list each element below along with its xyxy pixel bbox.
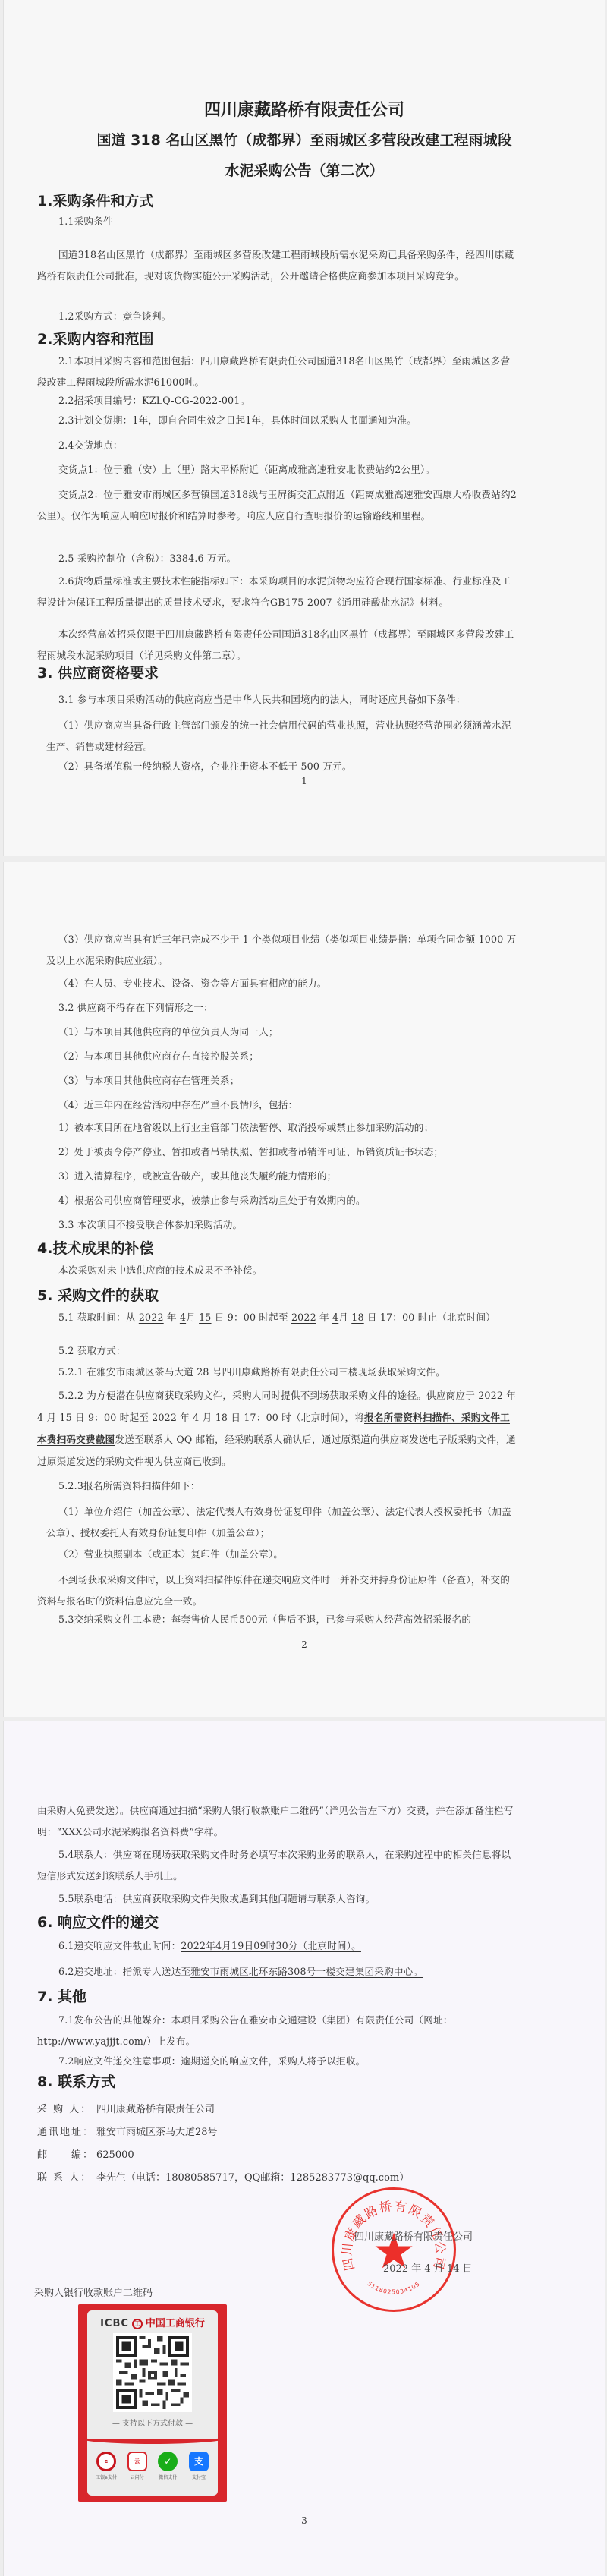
para-2-1: 2.1本项目采购内容和范围包括：四川康藏路桥有限责任公司国道318名山区黑竹（成… bbox=[37, 351, 517, 393]
para-5-2-1: 5.2.1 在雅安市雨城区茶马大道 28 号四川康藏路桥有限责任公司三楼现场获取… bbox=[58, 1362, 517, 1383]
alipay-icon: 支 bbox=[189, 2452, 209, 2471]
para-2-4: 2.4交货地点： bbox=[58, 435, 517, 456]
para-7-2: 7.2响应文件递交注意事项：逾期递交的响应文件，采购人将予以拒收。 bbox=[58, 2051, 517, 2072]
para-5-2-1-suffix: 现场获取采购文件。 bbox=[358, 1366, 445, 1378]
document-page-2: （3）供应商应当具有近三年已完成不少于 1 个类似项目业绩（类似项目业绩是指：单… bbox=[3, 862, 605, 1717]
para-5-3-part2: 由采购人免费发送）。供应商通过扫描“采购人银行收款账户二维码”（详见公告左下方）… bbox=[37, 1800, 517, 1843]
end-day: 18 bbox=[351, 1312, 363, 1323]
bad-record-3: 3）进入清算程序，或被宣告破产，或其他丧失履约能力情形的； bbox=[58, 1166, 517, 1187]
official-seal: 四川康藏路桥有限责任公司 5118025034105 ★ bbox=[332, 2187, 456, 2312]
payment-methods: e 工银e支付 云 云闪付 ✓ 微信支付 支 支付宝 bbox=[93, 2452, 212, 2480]
para-1-2: 1.2采购方式：竞争谈判。 bbox=[58, 306, 517, 327]
para-6-2: 6.2递交地址：指派专人送达至雅安市雨城区北环东路308号一楼交建集团采购中心。 bbox=[58, 1961, 517, 1982]
bank-header: ICBC工中国工商银行 bbox=[87, 2315, 218, 2329]
pay-method-icbc: e 工银e支付 bbox=[93, 2452, 119, 2480]
start-year: 2022 bbox=[139, 1312, 164, 1323]
notice-title: 水泥采购公告（第二次） bbox=[4, 159, 605, 180]
requirement-1: （1）供应商应当具备行政主管部门颁发的统一社会信用代码的营业执照，营业执照经营范… bbox=[46, 715, 517, 757]
acquire-time-suffix: 日 17：00 时止（北京时间） bbox=[364, 1312, 495, 1323]
unionpay-quickpass-icon: 云 bbox=[127, 2452, 147, 2471]
contact-label: 联 系 人： bbox=[37, 2169, 96, 2184]
delivery-point-2: 交货点2：位于雅安市雨城区多营镇国道318线与玉屏街交汇点附近（距离成雅高速雅安… bbox=[37, 484, 517, 527]
para-5-5: 5.5联系电话：供应商获取采购文件失败或遇到其他问题请与联系人咨询。 bbox=[58, 1888, 517, 1910]
para-1-1-label: 1.1采购条件 bbox=[58, 211, 517, 232]
address-value: 雅安市雨城区茶马大道28号 bbox=[96, 2127, 218, 2138]
decorative-curve bbox=[78, 2432, 227, 2444]
bad-record-1: 1）被本项目所在地省级以上行业主管部门依法暂停、取消投标或禁止参加采购活动的； bbox=[58, 1117, 517, 1138]
exclusion-3: （3）与本项目其他供应商存在管理关系； bbox=[46, 1070, 517, 1091]
section-5-heading: 5. 采购文件的获取 bbox=[37, 1284, 159, 1305]
contact-value: 李先生（电话：18080585717，QQ邮箱：1285283773@qq.co… bbox=[96, 2172, 409, 2184]
pay-method-label: 微信支付 bbox=[159, 2475, 177, 2480]
required-doc-1: （1）单位介绍信（加盖公章）、法定代表人有效身份证复印件（加盖公章）、法定代表人… bbox=[46, 1501, 517, 1544]
payment-methods-label: — 支持以下方式付款 — bbox=[87, 2417, 218, 2428]
contact-address: 通讯地址：雅安市雨城区茶马大道28号 bbox=[37, 2124, 218, 2138]
bank-name-en: ICBC bbox=[100, 2318, 129, 2329]
payment-qr-inner: ICBC工中国工商银行 — 支持以下方式付款 bbox=[87, 2310, 218, 2496]
svg-text:5118025034105: 5118025034105 bbox=[366, 2280, 422, 2295]
para-3-1: 3.1 参与本项目采购活动的供应商应当是中华人民共和国境内的法人，同时还应具备如… bbox=[58, 689, 517, 710]
company-title: 四川康藏路桥有限责任公司 bbox=[4, 97, 605, 121]
icbc-epay-icon: e bbox=[96, 2452, 116, 2471]
start-day: 15 bbox=[199, 1312, 211, 1323]
requirement-2: （2）具备增值税一般纳税人资格，企业注册资本不低于 500 万元。 bbox=[46, 756, 517, 777]
section-8-heading: 8. 联系方式 bbox=[37, 2071, 115, 2091]
deadline-label: 6.1递交响应文件截止时间： bbox=[58, 1940, 181, 1951]
para-6-1: 6.1递交响应文件截止时间：2022年4月19日09时30分（北京时间）。 bbox=[58, 1935, 517, 1957]
para-2-6: 2.6货物质量标准或主要技术性能指标如下：本采购项目的水泥货物均应符合现行国家标… bbox=[37, 571, 517, 613]
para-3-2: 3.2 供应商不得存在下列情形之一： bbox=[58, 997, 517, 1019]
qr-code[interactable] bbox=[113, 2333, 192, 2412]
payment-qr-card: ICBC工中国工商银行 — 支持以下方式付款 bbox=[78, 2304, 227, 2502]
document-page-3: 由采购人免费发送）。供应商通过扫描“采购人银行收款账户二维码”（详见公告左下方）… bbox=[3, 1721, 605, 2576]
para-5-1: 5.1 获取时间：从 2022 年 4月 15 日 9：00 时起至 2022 … bbox=[58, 1307, 517, 1328]
qr-code-icon bbox=[116, 2336, 189, 2409]
para-5-3-part1: 5.3交纳采购文件工本费：每套售价人民币500元（售后不退，已参与采购人经营高效… bbox=[37, 1609, 517, 1630]
signature-company: 四川康藏路桥有限责任公司 bbox=[354, 2228, 473, 2243]
exclusion-1: （1）与本项目其他供应商的单位负责人为同一人； bbox=[46, 1022, 517, 1043]
section-3-heading: 3. 供应商资格要求 bbox=[37, 662, 159, 682]
section-7-heading: 7. 其他 bbox=[37, 1986, 86, 2006]
section-4-heading: 4.技术成果的补偿 bbox=[37, 1237, 153, 1258]
bad-record-4: 4）根据公司供应商管理要求，被禁止参与采购活动且处于有效期内的。 bbox=[58, 1190, 517, 1211]
start-month: 4 bbox=[180, 1312, 186, 1323]
para-3-3: 3.3 本次项目不接受联合体参加采购活动。 bbox=[58, 1214, 517, 1236]
postcode-label: 邮 编： bbox=[37, 2146, 96, 2161]
para-5-2-2: 5.2.2 为方便潜在供应商获取采购文件，采购人同时提供不到场获取采购文件的途径… bbox=[37, 1384, 517, 1472]
para-2-2: 2.2招采项目编号：KZLQ-CG-2022-001。 bbox=[58, 390, 517, 411]
para-2-5: 2.5 采购控制价（含税）：3384.6 万元。 bbox=[58, 548, 517, 569]
required-doc-2: （2）营业执照副本（或正本）复印件（加盖公章）。 bbox=[46, 1544, 517, 1565]
exclusion-2: （2）与本项目其他供应商存在直接控股关系； bbox=[46, 1046, 517, 1067]
section-2-heading: 2.采购内容和范围 bbox=[37, 328, 153, 348]
absent-note: 不到场获取采购文件时，以上资料扫描件原件在递交响应文件时一并补交并持身份证原件（… bbox=[37, 1570, 517, 1612]
contact-postcode: 邮 编：625000 bbox=[37, 2146, 134, 2161]
bank-name-cn: 中国工商银行 bbox=[146, 2318, 205, 2329]
acquire-address: 雅安市雨城区茶马大道 28 号四川康藏路桥有限责任公司三楼 bbox=[96, 1366, 358, 1378]
submit-address-value: 雅安市雨城区北环东路308号一楼交建集团采购中心。 bbox=[190, 1966, 423, 1977]
address-label: 通讯地址： bbox=[37, 2124, 96, 2138]
para-4-text: 本次采购对未中选供应商的技术成果不予补偿。 bbox=[58, 1260, 517, 1281]
section-1-heading: 1.采购条件和方式 bbox=[37, 190, 153, 210]
scope-note: 本次经营高效招采仅限于四川康藏路桥有限责任公司国道318名山区黑竹（成都界）至雨… bbox=[37, 624, 517, 666]
page-number-3: 3 bbox=[4, 2515, 605, 2526]
buyer-label: 采 购 人： bbox=[37, 2101, 96, 2115]
pay-method-label: 云闪付 bbox=[131, 2475, 144, 2480]
pay-method-unionpay: 云 云闪付 bbox=[124, 2452, 150, 2480]
wechat-pay-icon: ✓ bbox=[158, 2452, 178, 2471]
pay-method-alipay: 支 支付宝 bbox=[186, 2452, 212, 2480]
end-month: 4 bbox=[332, 1312, 338, 1323]
pay-method-label: 支付宝 bbox=[192, 2475, 206, 2480]
icbc-logo-icon: 工 bbox=[132, 2319, 143, 2329]
section-6-heading: 6. 响应文件的递交 bbox=[37, 1911, 159, 1932]
postcode-value: 625000 bbox=[96, 2149, 134, 2161]
contact-person: 联 系 人：李先生（电话：18080585717，QQ邮箱：1285283773… bbox=[37, 2169, 409, 2184]
para-5-2: 5.2 获取方式： bbox=[58, 1340, 517, 1362]
submit-address-label: 6.2递交地址：指派专人送达至 bbox=[58, 1966, 190, 1977]
pay-method-wechat: ✓ 微信支付 bbox=[155, 2452, 181, 2480]
delivery-point-1: 交货点1：位于雅（安）上（里）路太平桥附近（距离成雅高速雅安北收费站约2公里）。 bbox=[37, 459, 517, 480]
page-number-1: 1 bbox=[4, 776, 605, 786]
para-5-4: 5.4联系人：供应商在现场获取采购文件时务必填写本次采购业务的联系人，在采购过程… bbox=[37, 1844, 517, 1887]
para-5-2-1-prefix: 5.2.1 在 bbox=[58, 1366, 96, 1378]
pay-method-label: 工银e支付 bbox=[96, 2475, 117, 2480]
requirement-4: （4）在人员、专业技术、设备、资金等方面具有相应的能力。 bbox=[46, 973, 517, 994]
acquire-time-mid: 日 9：00 时起至 bbox=[212, 1312, 291, 1323]
acquire-time-prefix: 5.1 获取时间：从 bbox=[58, 1312, 139, 1323]
buyer-value: 四川康藏路桥有限责任公司 bbox=[96, 2104, 215, 2115]
para-5-2-3: 5.2.3报名所需资料扫描件如下： bbox=[58, 1475, 517, 1497]
para-7-1: 7.1发布公告的其他媒介：本项目采购公告在雅安市交通建设（集团）有限责任公司（网… bbox=[37, 2010, 517, 2052]
contact-buyer: 采 购 人：四川康藏路桥有限责任公司 bbox=[37, 2101, 215, 2115]
project-title: 国道 318 名山区黑竹（成都界）至雨城区多营段改建工程雨城段 bbox=[4, 129, 605, 150]
end-year: 2022 bbox=[291, 1312, 316, 1323]
bad-record-2: 2）处于被责令停产停业、暂扣或者吊销执照、暂扣或者吊销许可证、吊销资质证书状态； bbox=[58, 1142, 517, 1163]
para-2-3: 2.3计划交货期：1年，即自合同生效之日起1年，具体时间以采购人书面通知为准。 bbox=[58, 410, 517, 431]
document-page-1: 四川康藏路桥有限责任公司 国道 318 名山区黑竹（成都界）至雨城区多营段改建工… bbox=[3, 0, 605, 856]
exclusion-4: （4）近三年内在经营活动中存在严重不良情形，包括： bbox=[46, 1094, 517, 1116]
para-1-1-text: 国道318名山区黑竹（成都界）至雨城区多营段改建工程雨城段所需水泥采购已具备采购… bbox=[37, 244, 517, 287]
page-number-2: 2 bbox=[4, 1639, 605, 1650]
payment-qr-label: 采购人银行收款账户二维码 bbox=[34, 2285, 153, 2299]
requirement-3: （3）供应商应当具有近三年已完成不少于 1 个类似项目业绩（类似项目业绩是指：单… bbox=[46, 929, 517, 972]
deadline-value: 2022年4月19日09时30分（北京时间）。 bbox=[181, 1940, 361, 1951]
signature-date: 2022 年 4 月 14 日 bbox=[383, 2260, 473, 2275]
